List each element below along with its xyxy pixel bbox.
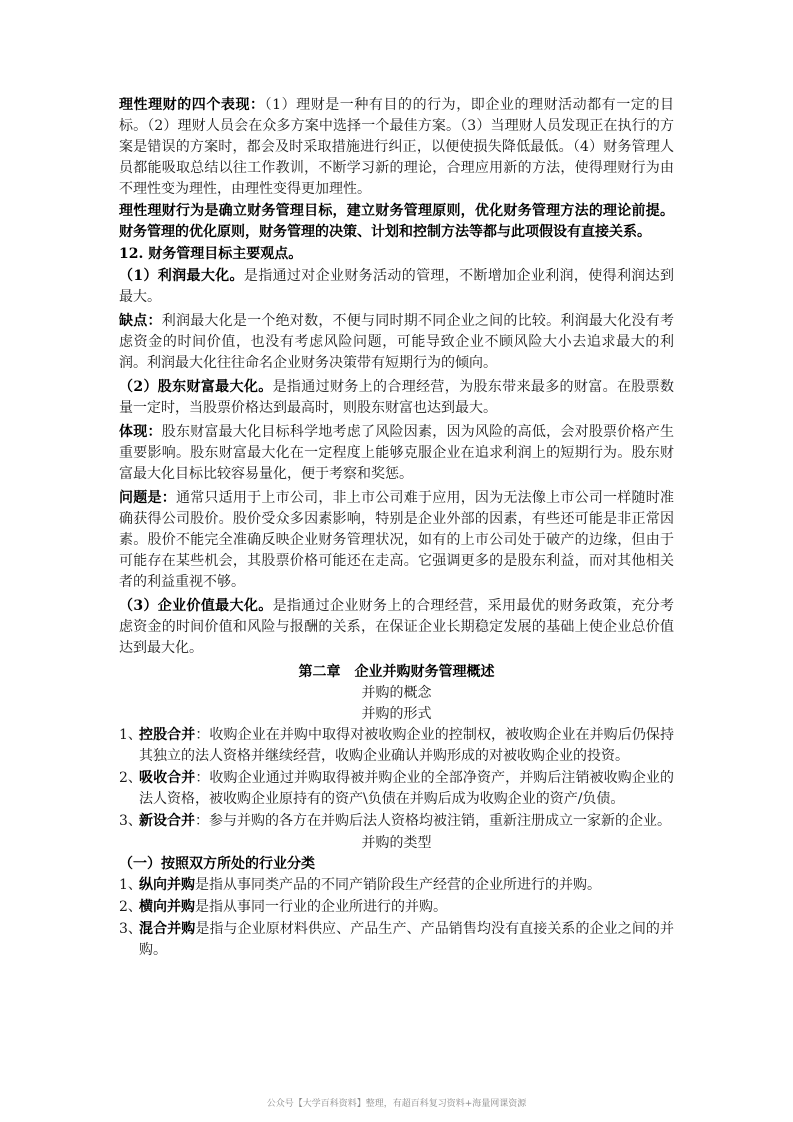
list-item: 1、 控股合并：收购企业在并购中取得对被收购企业的控制权，被收购企业在并购后仍保… — [119, 725, 674, 767]
chapter-name: 企业并购财务管理概述 — [355, 664, 495, 680]
label-shareholder-wealth: （2）股东财富最大化。 — [119, 379, 273, 395]
paragraph-profit-drawbacks: 缺点：利润最大化是一个绝对数，不便与同时期不同企业之间的比较。利润最大化没有考虑… — [119, 311, 674, 374]
list-text: ：收购企业通过并购取得被并购企业的全部净资产，并购后注销被收购企业的法人资格，被… — [139, 770, 674, 807]
label-rational-finance: 理性理财的四个表现： — [119, 97, 265, 113]
label-drawbacks: 缺点： — [119, 313, 162, 329]
list-text: 是指从事同一行业的企业所进行的并购。 — [195, 899, 447, 915]
list-term: 横向并购 — [139, 899, 195, 915]
list-text: ：收购企业在并购中取得对被收购企业的控制权，被收购企业在并购后仍保持其独立的法人… — [139, 727, 674, 764]
paragraph-profit-max: （1）利润最大化。是指通过对企业财务活动的管理，不断增加企业利润，使得利润达到最… — [119, 266, 674, 308]
heading-financial-goals: 12. 财务管理目标主要观点。 — [119, 244, 674, 265]
list-item: 2、 吸收合并：收购企业通过并购取得被并购企业的全部净资产，并购后注销被收购企业… — [119, 768, 674, 810]
chapter-number: 第二章 — [299, 664, 341, 680]
paragraph-enterprise-value: （3）企业价值最大化。是指通过企业财务上的合理经营，采用最优的财务政策，充分考虑… — [119, 596, 674, 659]
label-enterprise-value: （3）企业价值最大化。 — [119, 598, 273, 614]
list-term: 控股合并 — [139, 727, 195, 743]
page-footer-watermark: 公众号【大学百科资料】整理，有超百科复习资料+海量网课资源 — [0, 1096, 793, 1109]
text-merits: 股东财富最大化目标科学地考虑了风险因素，因为风险的高低，会对股票价格产生重要影响… — [119, 424, 674, 482]
paragraph-shareholder-merits: 体现：股东财富最大化目标科学地考虑了风险因素，因为风险的高低，会对股票价格产生重… — [119, 422, 674, 485]
forms-list: 1、 控股合并：收购企业在并购中取得对被收购企业的控制权，被收购企业在并购后仍保… — [119, 725, 674, 832]
label-merits: 体现： — [119, 424, 162, 440]
list-text: 是指从事同类产品的不同产销阶段生产经营的企业所进行的并购。 — [195, 877, 601, 893]
list-number: 2、 — [119, 768, 139, 810]
chapter-title: 第二章企业并购财务管理概述 — [119, 662, 674, 683]
document-page: 理性理财的四个表现：（1）理财是一种有目的的行为，即企业的理财活动都有一定的目标… — [119, 95, 674, 962]
paragraph-rational-finance: 理性理财的四个表现：（1）理财是一种有目的的行为，即企业的理财活动都有一定的目标… — [119, 95, 674, 200]
section-types: 并购的类型 — [119, 833, 674, 854]
list-number: 3、 — [119, 919, 139, 961]
list-number: 1、 — [119, 725, 139, 767]
list-item: 3、 新设合并：参与并购的各方在并购后法人资格均被注销，重新注册成立一家新的企业… — [119, 811, 674, 832]
list-item: 2、 横向并购是指从事同一行业的企业所进行的并购。 — [119, 897, 674, 918]
list-number: 1、 — [119, 875, 139, 896]
text-problems: 通常只适用于上市公司，非上市公司难于应用，因为无法像上市公司一样随时准确获得公司… — [119, 490, 674, 590]
list-term: 吸收合并 — [139, 770, 195, 786]
list-item: 3、 混合并购是指与企业原材料供应、产品生产、产品销售均没有直接关系的企业之间的… — [119, 919, 674, 961]
text-drawbacks: 利润最大化是一个绝对数，不便与同时期不同企业之间的比较。利润最大化没有考虑资金的… — [119, 313, 674, 371]
list-term: 纵向并购 — [139, 877, 195, 893]
paragraph-shareholder-problems: 问题是：通常只适用于上市公司，非上市公司难于应用，因为无法像上市公司一样随时准确… — [119, 488, 674, 593]
subheading-industry-classification: （一）按照双方所处的行业分类 — [119, 854, 674, 875]
list-text: ：参与并购的各方在并购后法人资格均被注销，重新注册成立一家新的企业。 — [195, 813, 671, 829]
list-item: 1、 纵向并购是指从事同类产品的不同产销阶段生产经营的企业所进行的并购。 — [119, 875, 674, 896]
section-forms: 并购的形式 — [119, 704, 674, 725]
list-term: 新设合并 — [139, 813, 195, 829]
label-profit-max: （1）利润最大化。 — [119, 268, 244, 284]
section-concept: 并购的概念 — [119, 683, 674, 704]
list-number: 2、 — [119, 897, 139, 918]
paragraph-theory-premise: 理性理财行为是确立财务管理目标，建立财务管理原则，优化财务管理方法的理论前提。财… — [119, 201, 674, 243]
list-text: 是指与企业原材料供应、产品生产、产品销售均没有直接关系的企业之间的并购。 — [139, 921, 674, 958]
list-term: 混合并购 — [139, 921, 195, 937]
label-problems: 问题是： — [119, 490, 176, 506]
list-number: 3、 — [119, 811, 139, 832]
types-list: 1、 纵向并购是指从事同类产品的不同产销阶段生产经营的企业所进行的并购。 2、 … — [119, 875, 674, 961]
paragraph-shareholder-wealth: （2）股东财富最大化。是指通过财务上的合理经营，为股东带来最多的财富。在股票数量… — [119, 377, 674, 419]
